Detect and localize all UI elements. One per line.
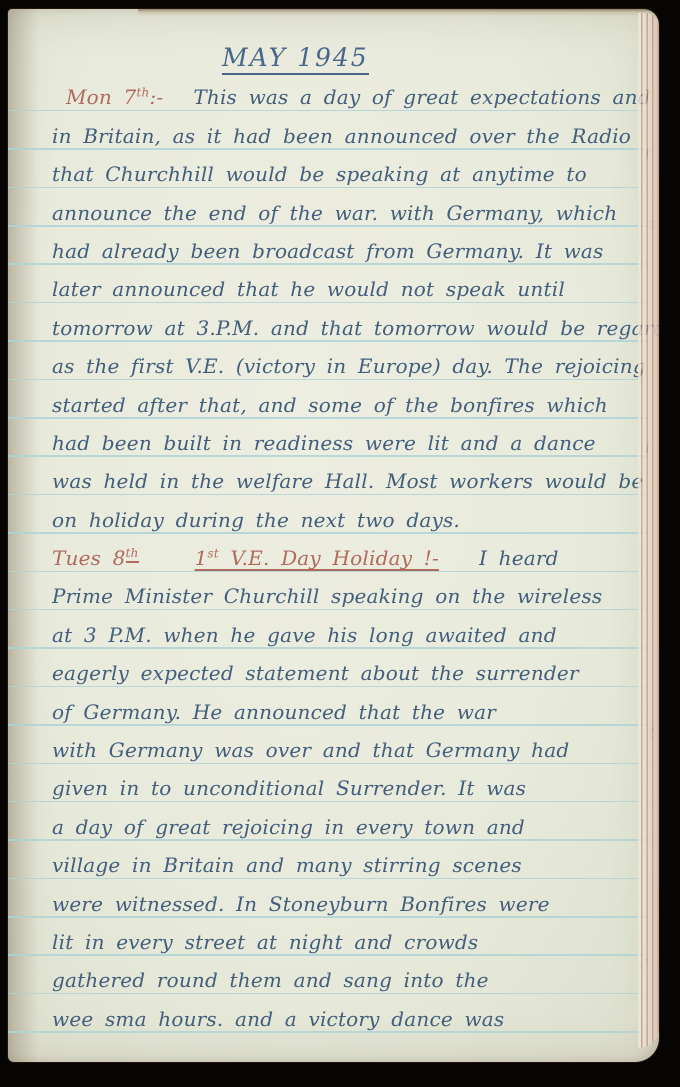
diary-line: had already been broadcast from Germany.… (8, 227, 659, 265)
diary-text: village in Britain and many stirring sce… (52, 853, 522, 877)
diary-text: tomorrow at 3.P.M. and that tomorrow wou… (52, 316, 659, 340)
diary-line: announce the end of the war. with German… (8, 188, 659, 226)
diary-text: with Germany was over and that Germany h… (52, 738, 569, 762)
diary-line: wee sma hours. and a victory dance was (8, 994, 659, 1032)
diary-text: were witnessed. In Stoneyburn Bonfires w… (52, 892, 550, 916)
entry-date-mon-7: Mon 7th:- (66, 85, 163, 109)
diary-text: given in to unconditional Surrender. It … (52, 776, 526, 800)
diary-text: at 3 P.M. when he gave his long awaited … (52, 623, 557, 647)
diary-text: later announced that he would not speak … (52, 277, 565, 301)
diary-text: wee sma hours. and a victory dance was (52, 1007, 504, 1031)
diary-line: that Churchhill would be speaking at any… (8, 150, 659, 188)
diary-line: given in to unconditional Surrender. It … (8, 764, 659, 802)
diary-line: gathered round them and sang into the (8, 956, 659, 994)
diary-line: village in Britain and many stirring sce… (8, 841, 659, 879)
diary-line: Mon 7th:- This was a day of great expect… (8, 73, 659, 111)
ve-day-holiday-heading: 1st V.E. Day Holiday !- (195, 546, 439, 570)
diary-line: later announced that he would not speak … (8, 265, 659, 303)
diary-line: with Germany was over and that Germany h… (8, 726, 659, 764)
diary-line: lit in every street at night and crowds (8, 918, 659, 956)
diary-text: announce the end of the war. with German… (52, 201, 617, 225)
diary-line: had been built in readiness were lit and… (8, 419, 659, 457)
diary-text: started after that, and some of the bonf… (52, 393, 608, 417)
diary-text: in Britain, as it had been announced ove… (52, 124, 631, 148)
diary-text: of Germany. He announced that the war (52, 700, 496, 724)
diary-text: Prime Minister Churchill speaking on the… (52, 584, 602, 608)
ruled-writing-area: Mon 7th:- This was a day of great expect… (8, 73, 659, 1033)
diary-text: had already been broadcast from Germany.… (52, 239, 604, 263)
diary-line: Prime Minister Churchill speaking on the… (8, 572, 659, 610)
diary-line: of Germany. He announced that the war (8, 687, 659, 725)
diary-text: lit in every street at night and crowds (52, 930, 478, 954)
diary-text: as the first V.E. (victory in Europe) da… (52, 354, 646, 378)
page-title: MAY 1945 (222, 43, 369, 75)
entry-date-tues-8: Tues 8th (52, 546, 139, 570)
diary-text: a day of great rejoicing in every town a… (52, 815, 525, 839)
page-stack-top-edge (138, 9, 653, 16)
diary-text: on holiday during the next two days. (52, 508, 460, 532)
diary-line: eagerly expected statement about the sur… (8, 649, 659, 687)
diary-line: tomorrow at 3.P.M. and that tomorrow wou… (8, 303, 659, 341)
diary-line: a day of great rejoicing in every town a… (8, 802, 659, 840)
diary-line: on holiday during the next two days. (8, 495, 659, 533)
diary-line: were witnessed. In Stoneyburn Bonfires w… (8, 879, 659, 917)
diary-text: was held in the welfare Hall. Most worke… (52, 469, 643, 493)
diary-text: eagerly expected statement about the sur… (52, 661, 579, 685)
diary-line: started after that, and some of the bonf… (8, 380, 659, 418)
diary-text: that Churchhill would be speaking at any… (52, 162, 587, 186)
diary-line: Tues 8th 1st V.E. Day Holiday !- I heard (8, 534, 659, 572)
diary-line: as the first V.E. (victory in Europe) da… (8, 342, 659, 380)
diary-line: in Britain, as it had been announced ove… (8, 111, 659, 149)
diary-text: I heard (479, 546, 559, 570)
diary-text: gathered round them and sang into the (52, 968, 489, 992)
diary-text: This was a day of great expectations and… (193, 85, 659, 109)
diary-line: was held in the welfare Hall. Most worke… (8, 457, 659, 495)
diary-page: MAY 1945 Mon 7th:- This was a day of gre… (8, 9, 659, 1062)
diary-text: had been built in readiness were lit and… (52, 431, 596, 455)
diary-line: at 3 P.M. when he gave his long awaited … (8, 610, 659, 648)
